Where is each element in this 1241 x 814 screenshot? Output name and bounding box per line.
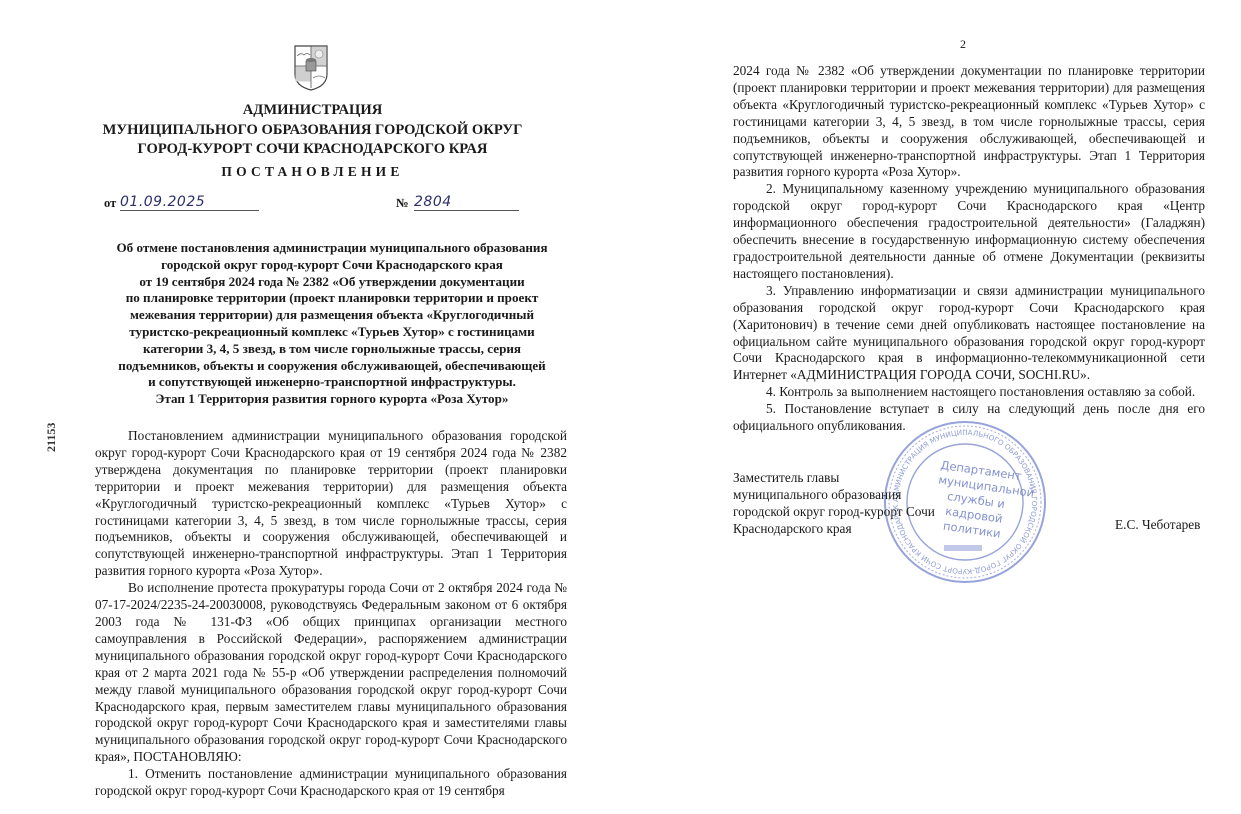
- title-line: категории 3, 4, 5 звезд, в том числе гор…: [97, 341, 567, 358]
- date-underline: [120, 210, 259, 211]
- document-title: Об отмене постановления администрации му…: [97, 240, 567, 408]
- signer-name: Е.С. Чеботарев: [1115, 517, 1200, 533]
- position-line: Заместитель главы: [733, 470, 935, 487]
- date-prefix: от: [104, 196, 116, 211]
- number-value: 2804: [414, 194, 452, 210]
- item-3-paragraph: 3. Управлению информатизации и связи адм…: [733, 283, 1205, 384]
- document-type: ПОСТАНОВЛЕНИЕ: [95, 164, 530, 180]
- title-line: межевания территории) для размещения объ…: [97, 307, 567, 324]
- document-date: от 01.09.2025: [104, 195, 259, 213]
- title-line: Об отмене постановления администрации му…: [97, 240, 567, 257]
- signer-position: Заместитель главы муниципального образов…: [733, 470, 935, 538]
- registration-number: 21153: [44, 412, 58, 452]
- title-line: и сопутствующей инженерно-транспортной и…: [97, 374, 567, 391]
- position-line: Краснодарского края: [733, 521, 935, 538]
- header-line-1: АДМИНИСТРАЦИЯ: [95, 101, 530, 121]
- title-line: городской округ город-курорт Сочи Красно…: [97, 257, 567, 274]
- coat-of-arms-icon: [291, 42, 331, 92]
- number-prefix: №: [396, 196, 409, 211]
- item-4-paragraph: 4. Контроль за выполнением настоящего по…: [733, 384, 1205, 401]
- document-number: № 2804: [396, 195, 519, 213]
- position-line: городской округ город-курорт Сочи: [733, 504, 935, 521]
- document-body: Постановлением администрации муниципальн…: [95, 428, 567, 800]
- page-2: 2 2024 года № 2382 «Об утверждении докум…: [620, 0, 1241, 814]
- number-underline: [414, 210, 519, 211]
- item-2-paragraph: 2. Муниципальному казенному учреждению м…: [733, 181, 1205, 282]
- document-body-continued: 2024 года № 2382 «Об утверждении докумен…: [733, 63, 1205, 435]
- organization-header: АДМИНИСТРАЦИЯ МУНИЦИПАЛЬНОГО ОБРАЗОВАНИЯ…: [95, 101, 530, 160]
- title-line: по планировке территории (проект планиро…: [97, 290, 567, 307]
- title-line: от 19 сентября 2024 года № 2382 «Об утве…: [97, 274, 567, 291]
- header-line-3: ГОРОД-КУРОРТ СОЧИ КРАСНОДАРСКОГО КРАЯ: [95, 140, 530, 160]
- continuation-paragraph: 2024 года № 2382 «Об утверждении докумен…: [733, 63, 1205, 181]
- header-line-2: МУНИЦИПАЛЬНОГО ОБРАЗОВАНИЯ ГОРОДСКОЙ ОКР…: [95, 121, 530, 141]
- position-line: муниципального образования: [733, 487, 935, 504]
- preamble-paragraph: Постановлением администрации муниципальн…: [95, 428, 567, 580]
- title-line: подъемников, объекты и сооружения обслуж…: [97, 358, 567, 375]
- basis-paragraph: Во исполнение протеста прокуратуры город…: [95, 580, 567, 766]
- page-1: 21153 АДМИНИСТРАЦИЯ МУНИЦИПАЛЬНОГО ОБРАЗ…: [0, 0, 620, 814]
- title-line: Этап 1 Территория развития горного курор…: [97, 391, 567, 408]
- date-value: 01.09.2025: [120, 194, 205, 210]
- item-1-paragraph: 1. Отменить постановление администрации …: [95, 766, 567, 800]
- page-number: 2: [960, 37, 966, 52]
- stamp-center-text: Департамент муниципальной службы и кадро…: [931, 458, 1021, 543]
- title-line: туристско-рекреационный комплекс «Турьев…: [97, 324, 567, 341]
